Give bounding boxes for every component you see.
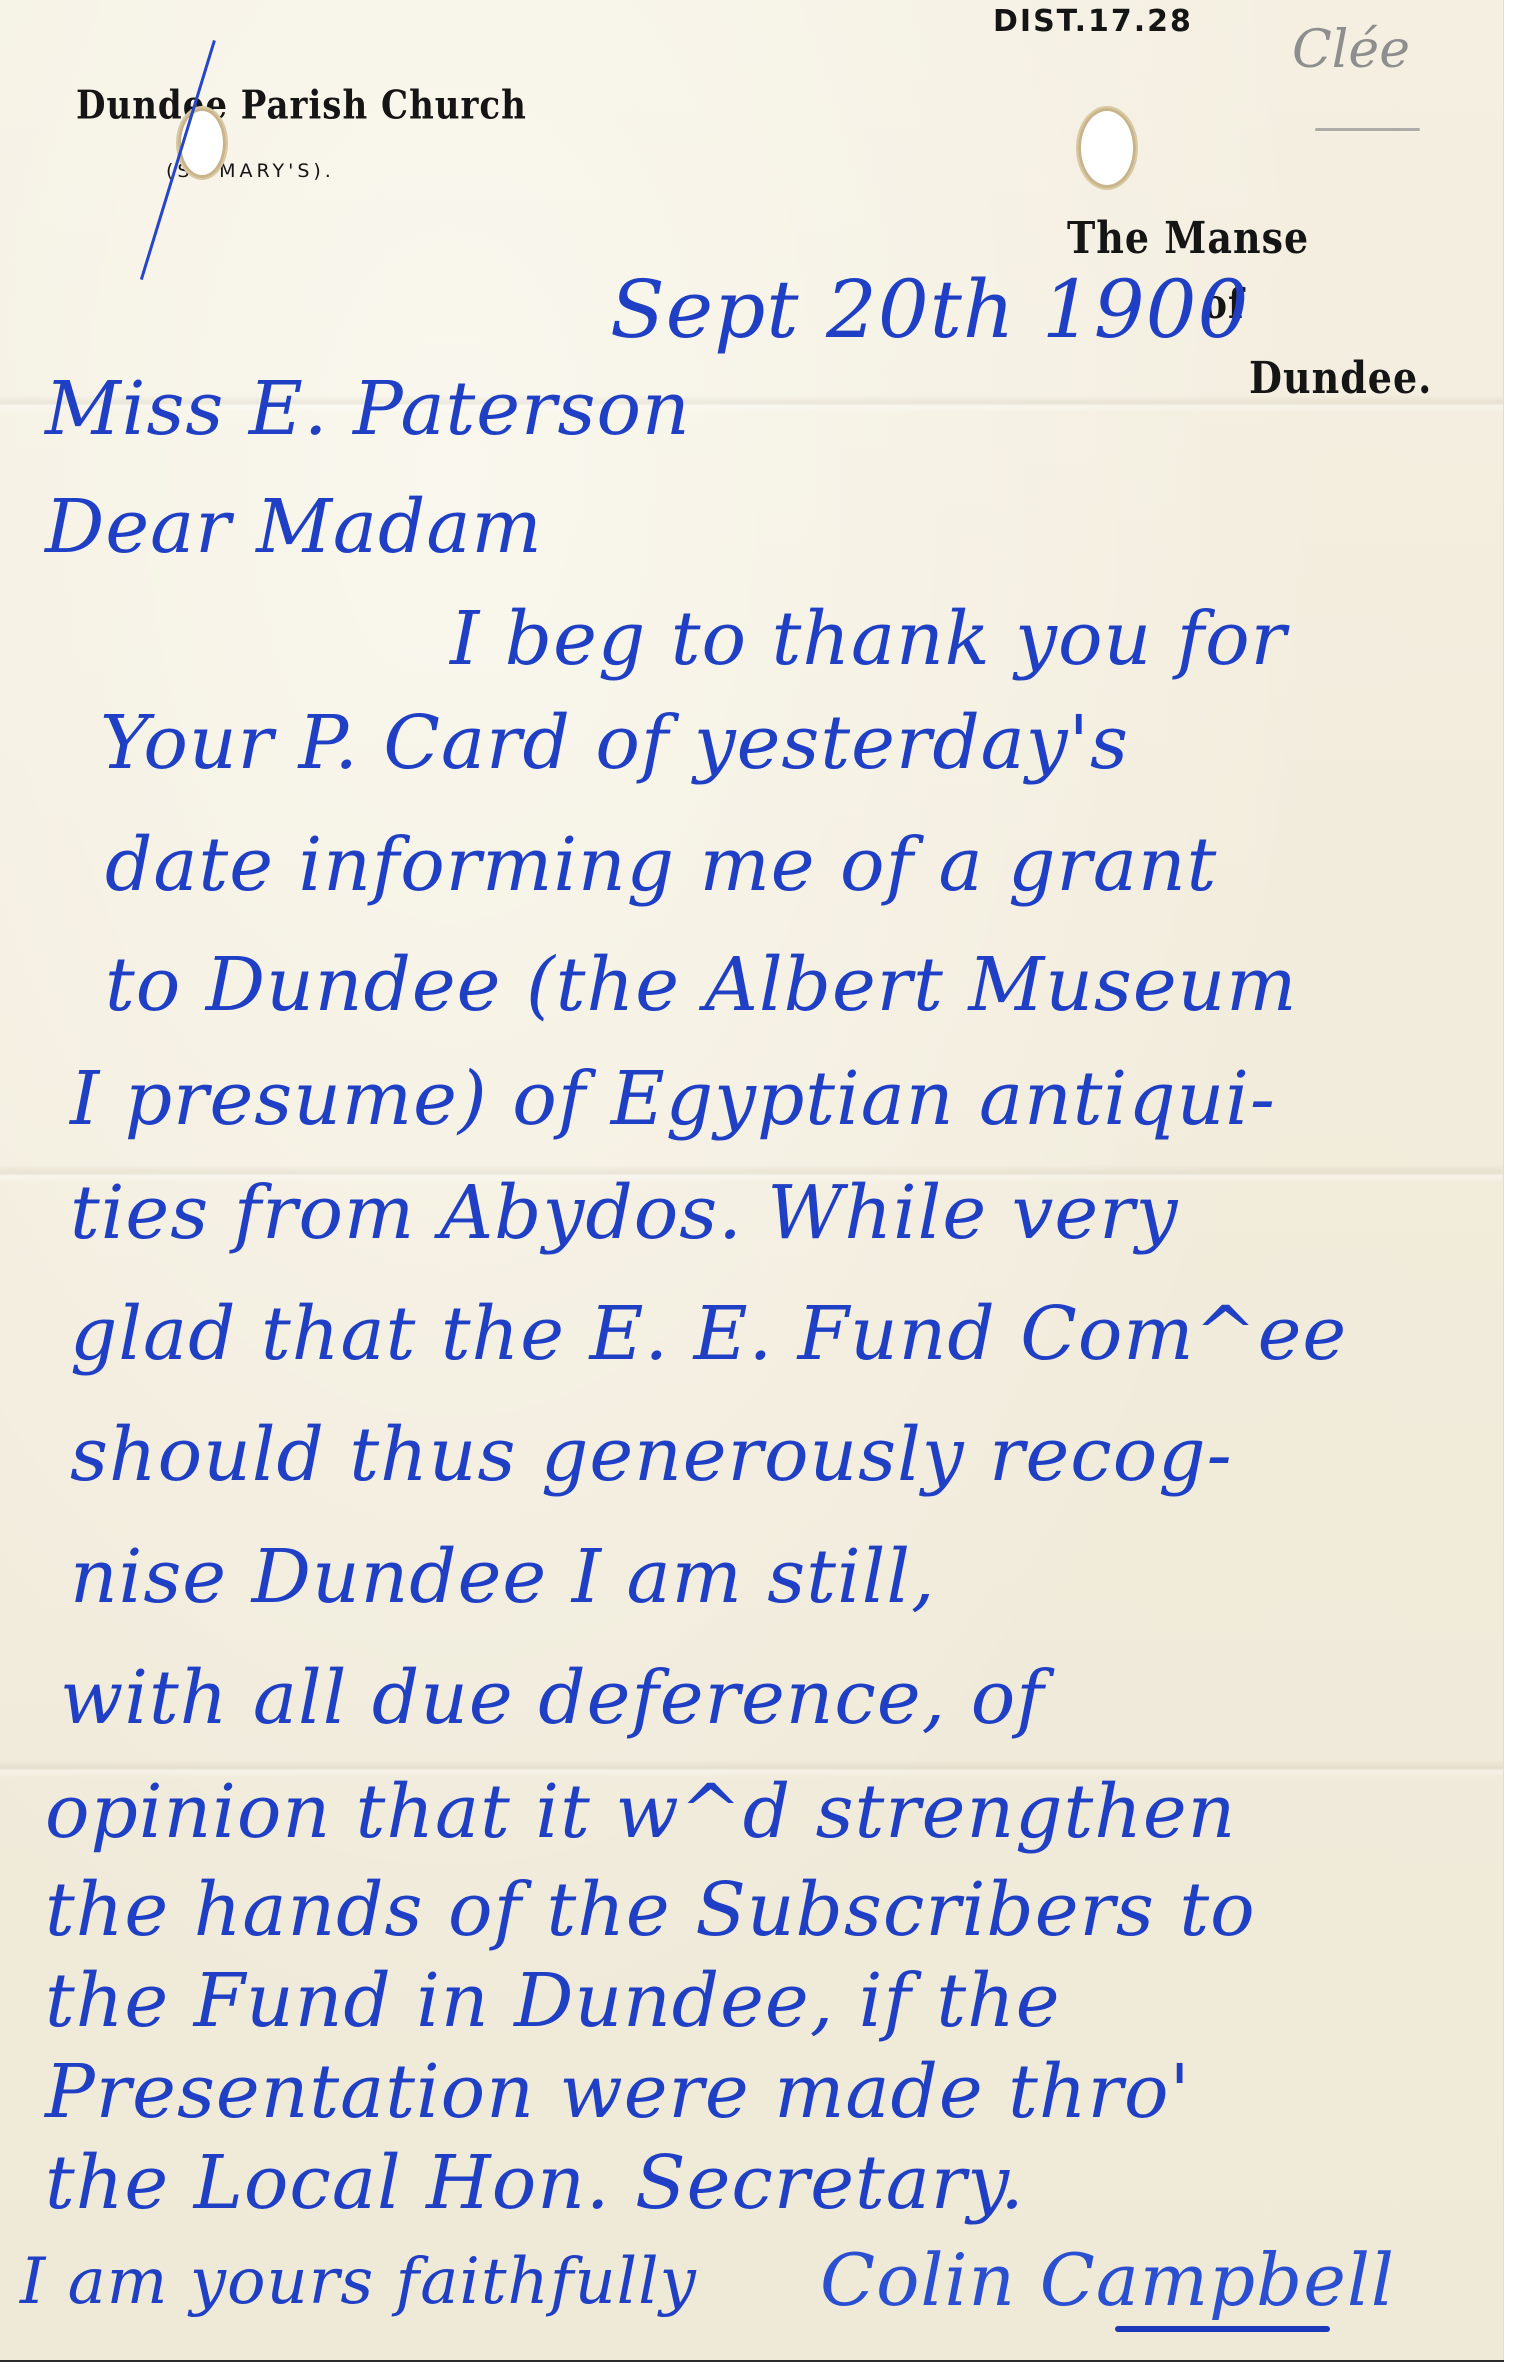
body-line: I presume) of Egyptian antiqui- — [70, 1062, 1276, 1136]
church-name: Dundee Parish Church — [76, 83, 527, 129]
pencil-note: Clée — [1292, 20, 1410, 80]
body-line: the hands of the Subscribers to — [45, 1873, 1256, 1947]
body-line: I beg to thank you for — [450, 602, 1287, 676]
body-line: glad that the E. E. Fund Com^ee — [70, 1297, 1347, 1371]
letter-paper: DIST.17.28 Clée Dundee Parish Church (ST… — [0, 0, 1504, 2360]
punch-hole — [178, 108, 226, 178]
letter-date: Sept 20th 1900 — [610, 270, 1249, 350]
manse-line-1: The Manse — [1067, 212, 1309, 264]
signature-underline — [1115, 2326, 1330, 2332]
body-line: to Dundee (the Albert Museum — [105, 948, 1297, 1022]
letter-closing: I am yours faithfully — [20, 2250, 697, 2314]
pencil-underline — [1315, 128, 1420, 131]
body-line: should thus generously recog- — [70, 1418, 1233, 1492]
body-line: Presentation were made thro' — [45, 2055, 1191, 2129]
body-line: opinion that it w^d strengthen — [45, 1775, 1236, 1849]
archive-reference: DIST.17.28 — [993, 4, 1193, 39]
punch-hole — [1078, 108, 1136, 188]
body-line: the Fund in Dundee, if the — [45, 1964, 1061, 2038]
body-line: the Local Hon. Secretary. — [45, 2146, 1025, 2220]
body-line: nise Dundee I am still, — [70, 1540, 936, 1614]
letter-signature: Colin Campbell — [820, 2244, 1395, 2316]
letter-recipient: Miss E. Paterson — [45, 372, 691, 446]
body-line: ties from Abydos. While very — [70, 1176, 1178, 1250]
body-line: date informing me of a grant — [105, 828, 1217, 902]
letter-salutation: Dear Madam — [45, 490, 543, 564]
body-line: Your P. Card of yesterday's — [100, 706, 1129, 780]
body-line: with all due deference, of — [60, 1661, 1045, 1735]
manse-line-3: Dundee. — [1249, 352, 1432, 404]
